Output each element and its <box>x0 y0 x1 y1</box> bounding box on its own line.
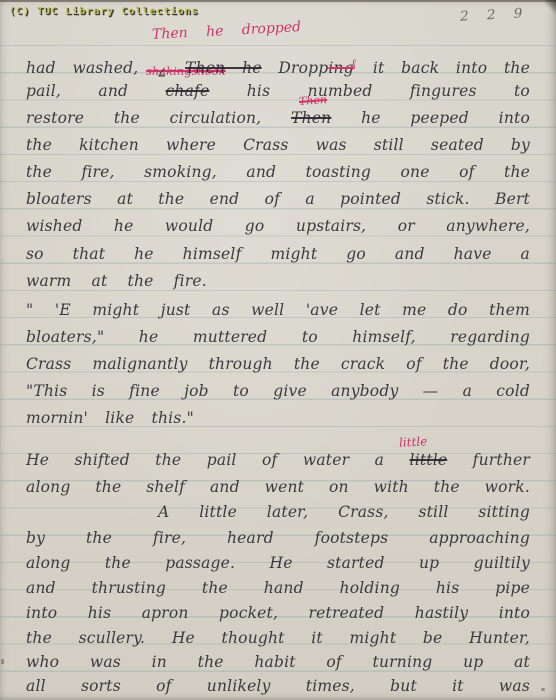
manuscript-page-scan: (C) TUC Library Collections 2 2 9 Then h… <box>0 0 556 700</box>
manuscript-line: He shifted the pail of water a little fu… <box>26 449 530 473</box>
manuscript-line: A little later, Crass, still sitting <box>158 501 530 525</box>
scan-top-edge <box>0 0 556 2</box>
manuscript-line: warm at the fire. <box>26 270 530 294</box>
manuscript-line: restore the circulation, Then he peeped … <box>26 107 530 131</box>
manuscript-line: into his apron pocket, retreated hastily… <box>26 602 530 626</box>
manuscript-line: Crass malignantly through the crack of t… <box>26 353 530 377</box>
manuscript-line: pail, and chafe his numbed fingures to <box>26 80 530 104</box>
page-number: 2 2 9 <box>459 5 529 25</box>
manuscript-line: the scullery. He thought it might be Hun… <box>26 627 530 651</box>
manuscript-line: along the shelf and went on with the wor… <box>26 476 530 500</box>
manuscript-line: all sorts of unlikely times, but it was <box>26 675 530 699</box>
manuscript-line: who was in the habit of turning up at <box>26 651 530 675</box>
manuscript-line: the kitchen where Crass was still seated… <box>26 134 530 158</box>
manuscript-line: by the fire, heard footsteps approaching <box>26 527 530 551</box>
manuscript-line: and thrusting the hand holding his pipe <box>26 577 530 601</box>
struck-word: little <box>410 451 448 469</box>
manuscript-line: the fire, smoking, and toasting one of t… <box>26 161 530 185</box>
manuscript-line: along the passage. He started up guiltil… <box>26 552 530 576</box>
paper-speck <box>1 659 4 664</box>
struck-word: chafe <box>166 82 210 100</box>
paper-speck <box>541 688 545 691</box>
scan-corner-mark <box>545 0 556 15</box>
copyright-watermark: (C) TUC Library Collections <box>9 6 199 17</box>
red-insertion-above-line1: Then he dropped <box>152 19 302 43</box>
red-insertion-little: little <box>399 434 428 449</box>
manuscript-line: so that he himself might go and have a <box>26 243 530 267</box>
manuscript-line: had washed, ∠ Then he Dropping₰ it back … <box>26 52 530 76</box>
struck-word: Then he <box>185 59 262 77</box>
manuscript-line: bloaters," he muttered to himself, regar… <box>26 326 530 350</box>
manuscript-line: mornin' like this." <box>26 407 530 431</box>
struck-word: Then <box>291 109 331 127</box>
dele-mark: ₰ <box>350 56 356 70</box>
manuscript-line: bloaters at the end of a pointed stick. … <box>26 188 530 212</box>
manuscript-line: "This is fine job to give anybody — a co… <box>26 380 530 404</box>
manuscript-line: wished he would go upstairs, or anywhere… <box>26 215 530 239</box>
manuscript-line: " 'E might just as well 'ave let me do t… <box>26 299 530 323</box>
